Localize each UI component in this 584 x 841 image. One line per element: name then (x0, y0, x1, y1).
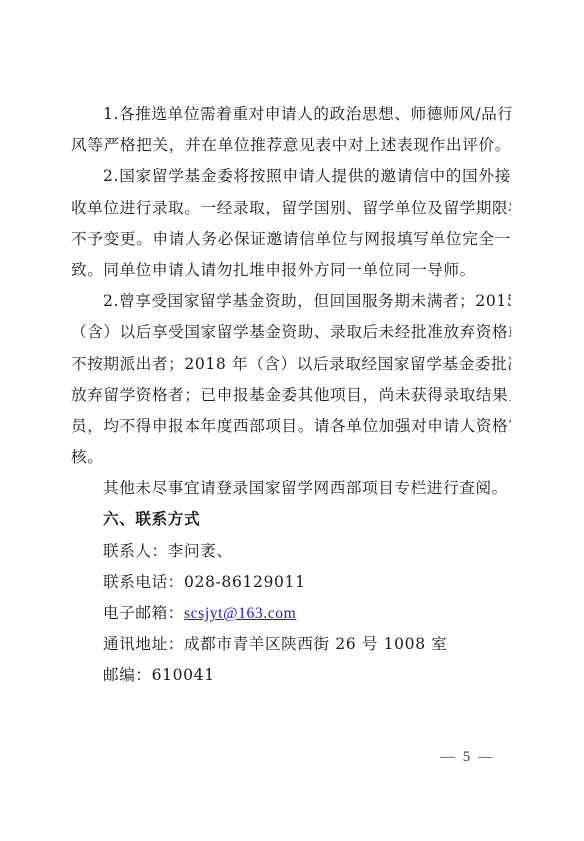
contact-person: 联系人：李问袤、 (71, 536, 511, 567)
contact-email-label: 电子邮箱： (103, 604, 184, 622)
paragraph-3-line-1: 2.曾享受国家留学基金资助，但回国服务期未满者；2015 年 (71, 286, 511, 317)
paragraph-3-line-2: （含）以后享受国家留学基金资助、录取后未经批准放弃资格或 (71, 317, 511, 348)
paragraph-2-line-2: 收单位进行录取。一经录取，留学国别、留学单位及留学期限将 (71, 193, 511, 224)
contact-phone-label: 联系电话： (103, 573, 184, 591)
paragraph-1-line-2: 风等严格把关，并在单位推荐意见表中对上述表现作出评价。 (71, 130, 511, 161)
email-link[interactable]: scsjyt@163.com (184, 605, 296, 622)
paragraph-3-line-3: 不按期派出者；2018 年（含）以后录取经国家留学基金委批准 (71, 349, 511, 380)
page-number: — 5 — (440, 749, 495, 766)
contact-postcode-value: 610041 (152, 666, 215, 684)
contact-person-value: 李问袤、 (168, 542, 233, 560)
paragraph-3-line-6: 核。 (71, 442, 511, 473)
document-page: 1.各推选单位需着重对申请人的政治思想、师德师风/品行学 风等严格把关，并在单位… (71, 99, 511, 692)
paragraph-3-line-5: 员，均不得申报本年度西部项目。请各单位加强对申请人资格审 (71, 411, 511, 442)
contact-postcode-label: 邮编： (103, 666, 152, 684)
contact-address-label: 通讯地址： (103, 635, 184, 653)
contact-phone-value: 028-86129011 (184, 573, 306, 591)
paragraph-1-line-1: 1.各推选单位需着重对申请人的政治思想、师德师风/品行学 (71, 99, 511, 130)
contact-phone: 联系电话：028-86129011 (71, 567, 511, 598)
paragraph-2-line-1: 2.国家留学基金委将按照申请人提供的邀请信中的国外接 (71, 161, 511, 192)
paragraph-2-line-4: 致。同单位申请人请勿扎堆申报外方同一单位同一导师。 (71, 255, 511, 286)
contact-email: 电子邮箱：scsjyt@163.com (71, 598, 511, 629)
paragraph-4: 其他未尽事宜请登录国家留学网西部项目专栏进行查阅。 (71, 473, 511, 504)
section-heading-contact: 六、联系方式 (71, 504, 511, 535)
contact-postcode: 邮编：610041 (71, 660, 511, 691)
paragraph-3-line-4: 放弃留学资格者；已申报基金委其他项目，尚未获得录取结果人 (71, 380, 511, 411)
paragraph-2-line-3: 不予变更。申请人务必保证邀请信单位与网报填写单位完全一 (71, 224, 511, 255)
contact-person-label: 联系人： (103, 542, 168, 560)
contact-address-value: 成都市青羊区陕西街 26 号 1008 室 (184, 635, 448, 653)
contact-address: 通讯地址：成都市青羊区陕西街 26 号 1008 室 (71, 629, 511, 660)
